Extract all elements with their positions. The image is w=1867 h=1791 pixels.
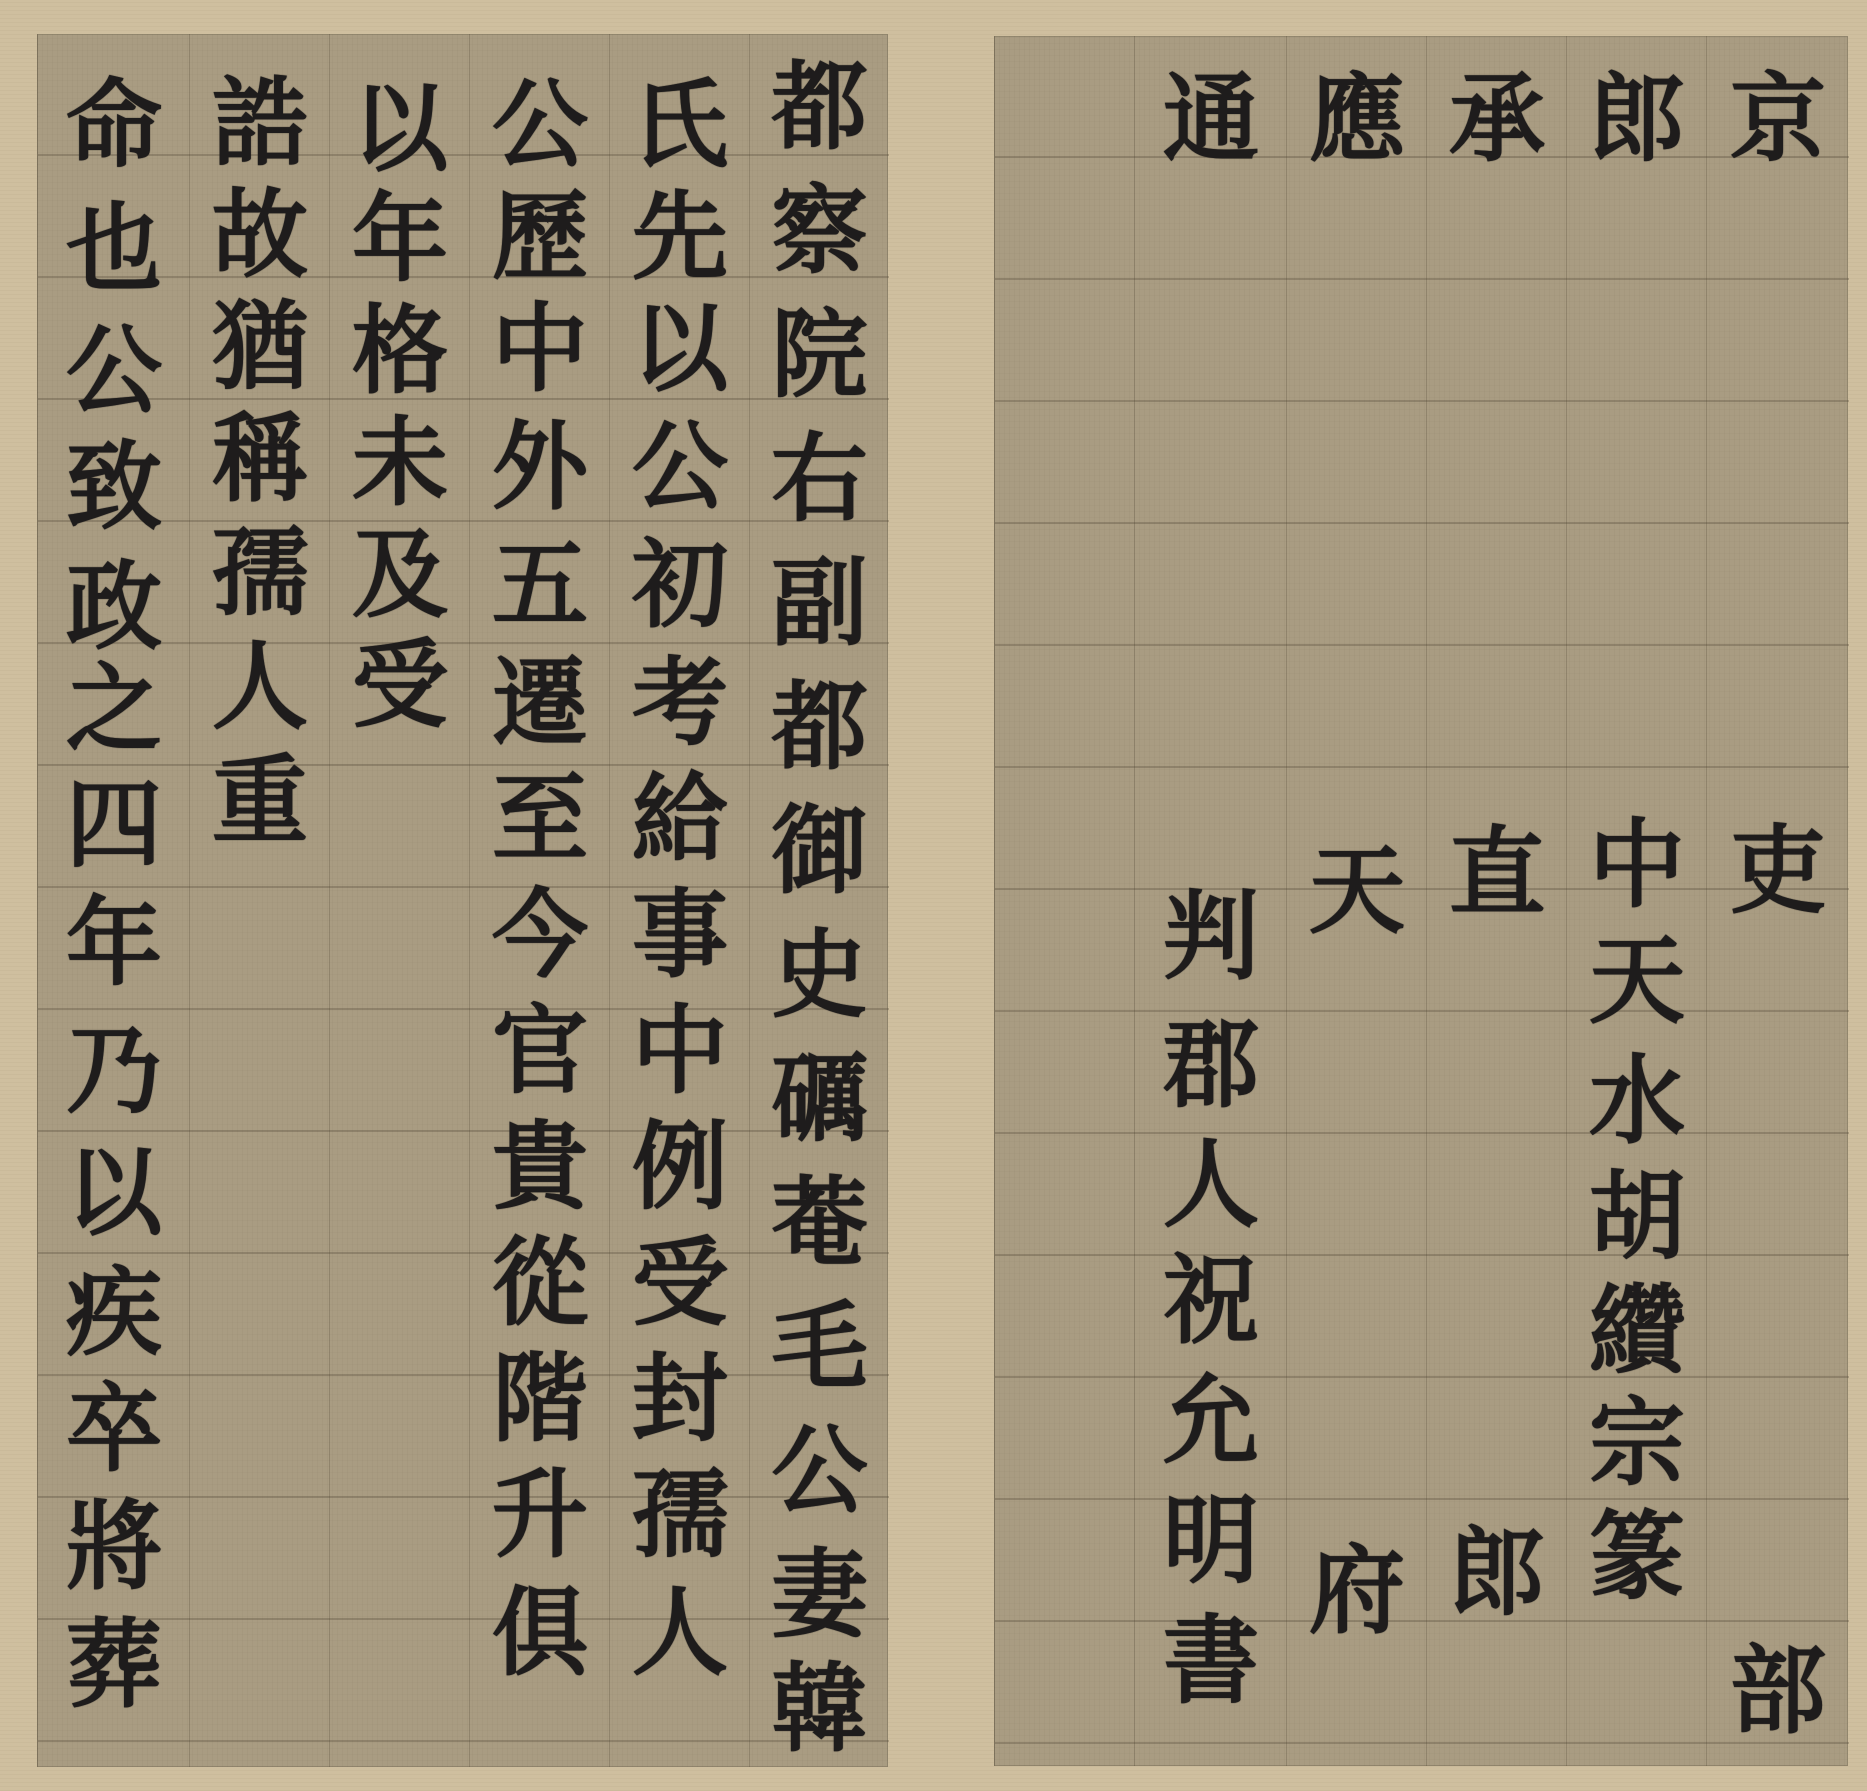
glyph: 以: [610, 294, 750, 404]
right-column-4: 應 天 府: [1286, 36, 1427, 1766]
glyph: 判: [1135, 882, 1287, 992]
glyph: 年: [38, 888, 190, 998]
glyph: 封: [610, 1344, 750, 1454]
glyph: 通: [1135, 64, 1287, 174]
glyph: 京: [1707, 64, 1849, 174]
left-column-2: 氏 先 以 公 初 考 給 事 中 例 受 封 孺 人: [609, 34, 750, 1767]
glyph: 胡: [1567, 1162, 1707, 1272]
glyph: 中: [610, 996, 750, 1106]
glyph: 遷: [470, 648, 610, 758]
glyph: 政: [38, 552, 190, 662]
right-column-1: 京 吏 部: [1706, 36, 1849, 1766]
glyph: 府: [1287, 1536, 1427, 1646]
right-column-5: 通 判 郡 人 祝 允 明 書: [1134, 36, 1287, 1766]
glyph: 郎: [1427, 1518, 1567, 1628]
glyph: 毛: [750, 1292, 889, 1402]
left-column-4: 以 年 格 未 及 受: [329, 34, 470, 1767]
glyph: 將: [38, 1492, 190, 1602]
glyph: 吏: [1707, 816, 1849, 926]
glyph: 從: [470, 1228, 610, 1338]
glyph: 右: [750, 424, 889, 534]
glyph: 未: [330, 408, 470, 518]
glyph: 貴: [470, 1112, 610, 1222]
glyph: 公: [38, 316, 190, 426]
left-column-5: 誥 故 猶 稱 孺 人 重: [189, 34, 330, 1767]
glyph: 卒: [38, 1374, 190, 1484]
glyph: 給: [610, 764, 750, 874]
glyph: 考: [610, 648, 750, 758]
glyph: 郎: [1567, 64, 1707, 174]
glyph: 命: [38, 70, 190, 180]
glyph: 承: [1427, 64, 1567, 174]
glyph: 官: [470, 996, 610, 1106]
glyph: 應: [1287, 64, 1427, 174]
glyph: 妻: [750, 1540, 889, 1650]
glyph: 俱: [470, 1578, 610, 1688]
glyph: 院: [750, 300, 889, 410]
glyph: 也: [38, 194, 190, 304]
glyph: 例: [610, 1112, 750, 1222]
glyph: 孺: [190, 518, 330, 628]
glyph: 故: [190, 180, 330, 290]
glyph: 猶: [190, 292, 330, 402]
glyph: 階: [470, 1344, 610, 1454]
glyph: 稱: [190, 404, 330, 514]
glyph: 御: [750, 796, 889, 906]
glyph: 中: [470, 294, 610, 404]
glyph: 疾: [38, 1258, 190, 1368]
glyph: 外: [470, 412, 610, 522]
glyph: 明: [1135, 1486, 1287, 1596]
glyph: 以: [38, 1138, 190, 1248]
glyph: 受: [610, 1228, 750, 1338]
glyph: 葬: [38, 1610, 190, 1720]
glyph: 韓: [750, 1654, 889, 1764]
glyph: 乃: [38, 1016, 190, 1126]
glyph: 菴: [750, 1168, 889, 1278]
glyph: 副: [750, 548, 889, 658]
glyph: 氏: [610, 70, 750, 180]
glyph: 纘: [1567, 1276, 1707, 1386]
glyph: 至: [470, 764, 610, 874]
glyph: 受: [330, 630, 470, 740]
glyph: 直: [1427, 818, 1567, 928]
glyph: 公: [470, 70, 610, 180]
glyph: 人: [610, 1578, 750, 1688]
glyph: 人: [190, 632, 330, 742]
left-column-6: 命 也 公 致 政 之 四 年 乃 以 疾 卒 將 葬: [37, 34, 190, 1767]
glyph: 誥: [190, 68, 330, 178]
glyph: 天: [1567, 926, 1707, 1036]
glyph: 允: [1135, 1366, 1287, 1476]
glyph: 以: [330, 74, 470, 184]
glyph: 致: [38, 432, 190, 542]
left-column-3: 公 歷 中 外 五 遷 至 今 官 貴 從 階 升 俱: [469, 34, 610, 1767]
glyph: 宗: [1567, 1388, 1707, 1498]
glyph: 天: [1287, 836, 1427, 946]
glyph: 歷: [470, 182, 610, 292]
glyph: 篆: [1567, 1502, 1707, 1612]
right-leaf: 京 吏 部 郎 中 天 水 胡 纘 宗 篆 承 直 郎 應 天 府 通 判 郡 …: [994, 36, 1848, 1766]
glyph: 郡: [1135, 1010, 1287, 1120]
left-column-1: 都 察 院 右 副 都 御 史 礪 菴 毛 公 妻 韓: [749, 34, 889, 1767]
glyph: 年: [330, 184, 470, 294]
glyph: 史: [750, 920, 889, 1030]
glyph: 察: [750, 176, 889, 286]
glyph: 四: [38, 770, 190, 880]
glyph: 中: [1567, 810, 1707, 920]
right-column-3: 承 直 郎: [1426, 36, 1567, 1766]
glyph: 之: [38, 654, 190, 764]
glyph: 公: [750, 1416, 889, 1526]
glyph: 初: [610, 530, 750, 640]
glyph: 水: [1567, 1046, 1707, 1156]
glyph: 都: [750, 672, 889, 782]
left-leaf: 都 察 院 右 副 都 御 史 礪 菴 毛 公 妻 韓 氏 先 以 公 初 考 …: [37, 34, 888, 1767]
glyph: 書: [1135, 1606, 1287, 1716]
glyph: 格: [330, 296, 470, 406]
glyph: 及: [330, 520, 470, 630]
glyph: 人: [1135, 1130, 1287, 1240]
right-column-2: 郎 中 天 水 胡 纘 宗 篆: [1566, 36, 1707, 1766]
glyph: 公: [610, 412, 750, 522]
glyph: 祝: [1135, 1246, 1287, 1356]
glyph: 先: [610, 182, 750, 292]
glyph: 孺: [610, 1460, 750, 1570]
glyph: 五: [470, 530, 610, 640]
right-column-blank: [994, 36, 1135, 1766]
glyph: 今: [470, 880, 610, 990]
glyph: 部: [1707, 1636, 1849, 1746]
glyph: 都: [750, 52, 889, 162]
glyph: 事: [610, 880, 750, 990]
glyph: 重: [190, 746, 330, 856]
glyph: 礪: [750, 1044, 889, 1154]
glyph: 升: [470, 1460, 610, 1570]
